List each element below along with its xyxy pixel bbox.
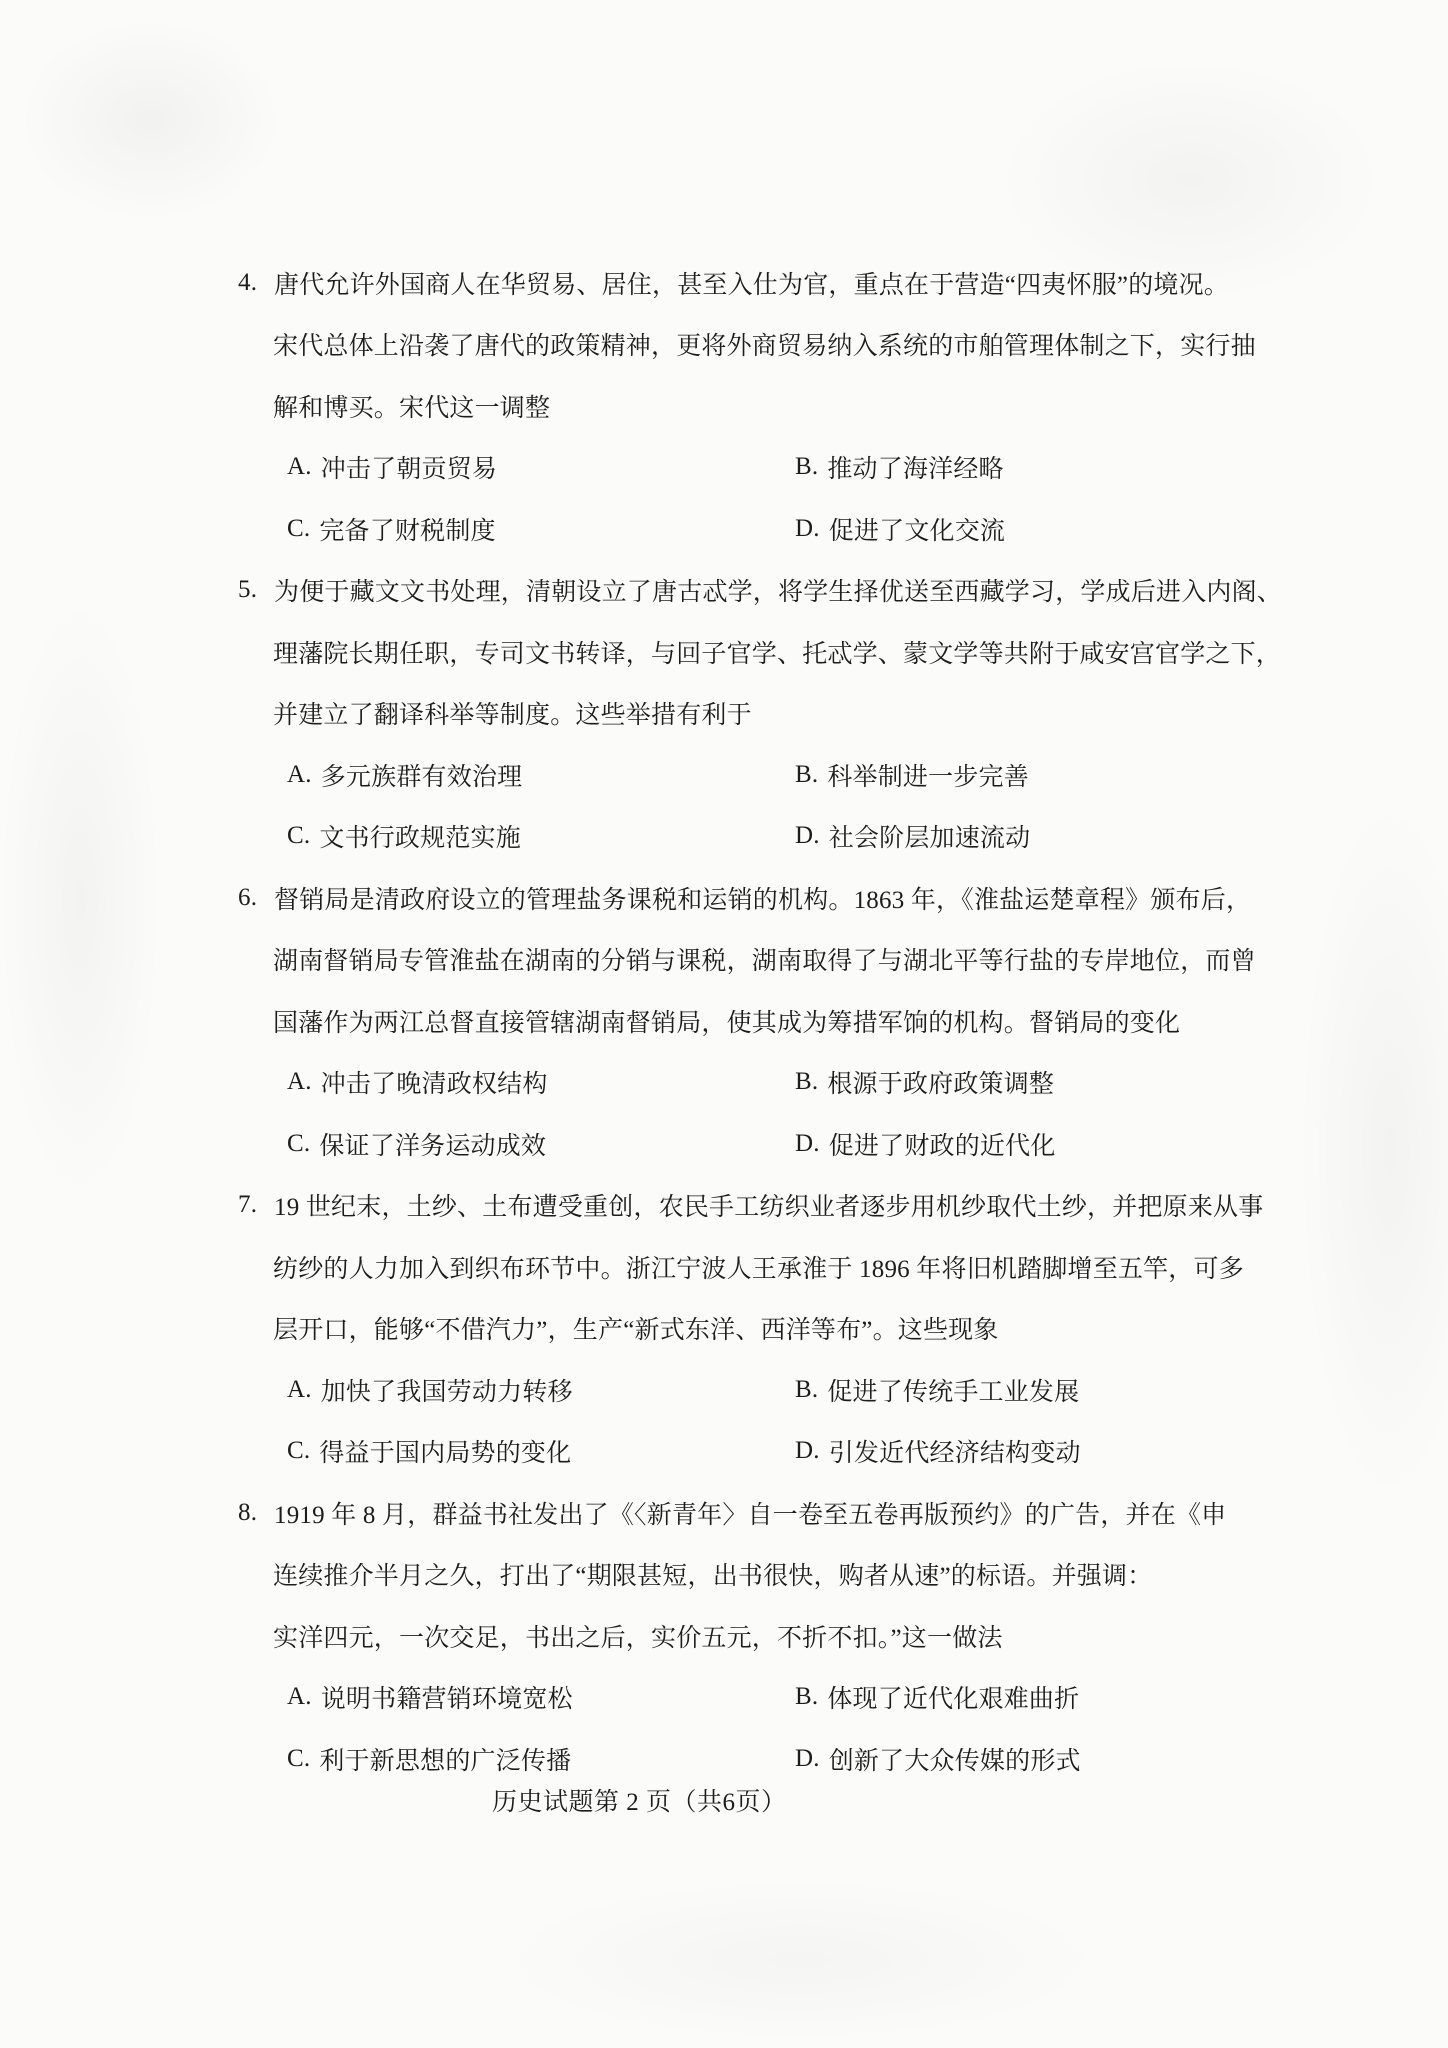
question-7-option-c: C. 得益于国内局势的变化	[287, 1433, 795, 1469]
option-label: C.	[287, 515, 310, 543]
question-6-option-d: D. 促进了财政的近代化	[795, 1126, 1056, 1162]
question-6-line-2: 湖南督销局专管淮盐在湖南的分销与课税，湖南取得了与湖北平等行盐的专岸地位，而曾	[0, 929, 1448, 991]
question-8-options-ab: A. 说明书籍营销环境宽松 B. 体现了近代化艰难曲折	[0, 1667, 1448, 1729]
question-8-line-3: 实洋四元，一次交足，书出之后，实价五元，不折不扣。”这一做法	[0, 1605, 1448, 1667]
option-text: 社会阶层加速流动	[829, 818, 1031, 854]
question-5-line-2: 理藩院长期任职，专司文书转译，与回子官学、托忒学、蒙文学等共附于咸安宫官学之下，	[0, 621, 1448, 683]
option-label: D.	[795, 515, 820, 543]
question-6-option-c: C. 保证了洋务运动成效	[287, 1126, 795, 1162]
question-5-options-ab: A. 多元族群有效治理 B. 科举制进一步完善	[0, 744, 1448, 806]
option-text: 创新了大众传媒的形式	[829, 1741, 1081, 1777]
question-7-option-b: B. 促进了传统手工业发展	[795, 1372, 1079, 1408]
question-5-option-b: B. 科举制进一步完善	[795, 757, 1029, 793]
question-4-text: 唐代允许外国商人在华贸易、居住，甚至入仕为官，重点在于营造“四夷怀服”的境况。	[274, 265, 1229, 301]
question-4-number: 4.	[238, 269, 274, 297]
question-4-option-a: A. 冲击了朝贡贸易	[287, 449, 795, 485]
page-footer-text: 历史试题第 2 页（共6页）	[492, 1782, 787, 1822]
option-text: 加快了我国劳动力转移	[321, 1372, 573, 1408]
option-text: 引发近代经济结构变动	[829, 1433, 1081, 1469]
option-label: D.	[795, 1745, 820, 1773]
option-text: 完备了财税制度	[319, 511, 495, 547]
question-7-line-2: 纺纱的人力加入到织布环节中。浙江宁波人王承淮于 1896 年将旧机踏脚增至五竿，…	[0, 1236, 1448, 1298]
question-8-option-b: B. 体现了近代化艰难曲折	[795, 1679, 1079, 1715]
option-text: 促进了财政的近代化	[829, 1126, 1056, 1162]
option-text: 得益于国内局势的变化	[319, 1433, 571, 1469]
question-8-option-d: D. 创新了大众传媒的形式	[795, 1741, 1081, 1777]
option-label: D.	[795, 822, 820, 850]
option-label: A.	[287, 761, 312, 789]
question-8-option-c: C. 利于新思想的广泛传播	[287, 1741, 795, 1777]
question-4-line-1: 4. 唐代允许外国商人在华贸易、居住，甚至入仕为官，重点在于营造“四夷怀服”的境…	[0, 252, 1448, 314]
question-4-line-2: 宋代总体上沿袭了唐代的政策精神，更将外商贸易纳入系统的市舶管理体制之下，实行抽	[0, 314, 1448, 376]
question-6-option-b: B. 根源于政府政策调整	[795, 1064, 1054, 1100]
option-text: 文书行政规范实施	[319, 818, 521, 854]
question-7-options-ab: A. 加快了我国劳动力转移 B. 促进了传统手工业发展	[0, 1359, 1448, 1421]
option-label: C.	[287, 822, 310, 850]
option-text: 科举制进一步完善	[827, 757, 1029, 793]
scan-smudge	[20, 20, 280, 220]
option-label: B.	[795, 453, 818, 481]
option-label: A.	[287, 453, 312, 481]
question-7-line-1: 7. 19 世纪末，土纱、土布遭受重创，农民手工纺织业者逐步用机纱取代土纱，并把…	[0, 1175, 1448, 1237]
question-4-option-d: D. 促进了文化交流	[795, 511, 1005, 547]
option-label: D.	[795, 1130, 820, 1158]
option-label: A.	[287, 1376, 312, 1404]
option-text: 体现了近代化艰难曲折	[827, 1679, 1079, 1715]
option-label: A.	[287, 1683, 312, 1711]
question-6-options-cd: C. 保证了洋务运动成效 D. 促进了财政的近代化	[0, 1113, 1448, 1175]
page-footer: 历史试题第 2 页（共6页）	[0, 1782, 1448, 1822]
option-label: B.	[795, 761, 818, 789]
question-7-line-3: 层开口，能够“不借汽力”，生产“新式东洋、西洋等布”。这些现象	[0, 1298, 1448, 1360]
option-label: A.	[287, 1068, 312, 1096]
question-6-number: 6.	[238, 884, 274, 912]
question-5-option-d: D. 社会阶层加速流动	[795, 818, 1030, 854]
question-8-line-1: 8. 1919 年 8 月，群益书社发出了《〈新青年〉自一卷至五卷再版预约》的广…	[0, 1482, 1448, 1544]
question-4-option-b: B. 推动了海洋经略	[795, 449, 1004, 485]
option-text: 促进了传统手工业发展	[827, 1372, 1079, 1408]
scanned-exam-page: 4. 唐代允许外国商人在华贸易、居住，甚至入仕为官，重点在于营造“四夷怀服”的境…	[0, 0, 1448, 2048]
question-7-option-d: D. 引发近代经济结构变动	[795, 1433, 1081, 1469]
question-5-text: 为便于藏文文书处理，清朝设立了唐古忒学，将学生择优送至西藏学习，学成后进入内阁、	[274, 572, 1282, 608]
question-4-line-3: 解和博买。宋代这一调整	[0, 375, 1448, 437]
option-text: 说明书籍营销环境宽松	[321, 1679, 573, 1715]
question-5-number: 5.	[238, 576, 274, 604]
option-label: B.	[795, 1376, 818, 1404]
option-label: C.	[287, 1437, 310, 1465]
question-4-options-ab: A. 冲击了朝贡贸易 B. 推动了海洋经略	[0, 437, 1448, 499]
option-text: 促进了文化交流	[829, 511, 1005, 547]
question-8-text: 1919 年 8 月，群益书社发出了《〈新青年〉自一卷至五卷再版预约》的广告，并…	[274, 1495, 1226, 1531]
question-5-line-1: 5. 为便于藏文文书处理，清朝设立了唐古忒学，将学生择优送至西藏学习，学成后进入…	[0, 560, 1448, 622]
question-6-line-1: 6. 督销局是清政府设立的管理盐务课税和运销的机构。1863 年，《淮盐运楚章程…	[0, 867, 1448, 929]
question-5-line-3: 并建立了翻译科举等制度。这些举措有利于	[0, 683, 1448, 745]
question-8-option-a: A. 说明书籍营销环境宽松	[287, 1679, 795, 1715]
option-text: 多元族群有效治理	[321, 757, 523, 793]
question-7-number: 7.	[238, 1191, 274, 1219]
question-5-option-a: A. 多元族群有效治理	[287, 757, 795, 793]
question-8-number: 8.	[238, 1499, 274, 1527]
option-label: C.	[287, 1130, 310, 1158]
question-5-options-cd: C. 文书行政规范实施 D. 社会阶层加速流动	[0, 806, 1448, 868]
exam-content: 4. 唐代允许外国商人在华贸易、居住，甚至入仕为官，重点在于营造“四夷怀服”的境…	[0, 252, 1448, 1790]
question-6-text: 督销局是清政府设立的管理盐务课税和运销的机构。1863 年，《淮盐运楚章程》颁布…	[274, 880, 1251, 916]
question-4-option-c: C. 完备了财税制度	[287, 511, 795, 547]
question-7-option-a: A. 加快了我国劳动力转移	[287, 1372, 795, 1408]
option-label: B.	[795, 1068, 818, 1096]
scan-smudge	[500, 1880, 1100, 2040]
option-label: D.	[795, 1437, 820, 1465]
question-6-option-a: A. 冲击了晚清政权结构	[287, 1064, 795, 1100]
question-6-line-3: 国藩作为两江总督直接管辖湖南督销局，使其成为筹措军饷的机构。督销局的变化	[0, 990, 1448, 1052]
question-5-option-c: C. 文书行政规范实施	[287, 818, 795, 854]
option-text: 利于新思想的广泛传播	[319, 1741, 571, 1777]
question-6-options-ab: A. 冲击了晚清政权结构 B. 根源于政府政策调整	[0, 1052, 1448, 1114]
option-text: 保证了洋务运动成效	[319, 1126, 546, 1162]
option-text: 推动了海洋经略	[827, 449, 1003, 485]
option-text: 冲击了朝贡贸易	[321, 449, 497, 485]
question-7-options-cd: C. 得益于国内局势的变化 D. 引发近代经济结构变动	[0, 1421, 1448, 1483]
question-8-options-cd: C. 利于新思想的广泛传播 D. 创新了大众传媒的形式	[0, 1728, 1448, 1790]
question-7-text: 19 世纪末，土纱、土布遭受重创，农民手工纺织业者逐步用机纱取代土纱，并把原来从…	[274, 1187, 1263, 1223]
option-text: 冲击了晚清政权结构	[321, 1064, 548, 1100]
option-label: B.	[795, 1683, 818, 1711]
question-4-options-cd: C. 完备了财税制度 D. 促进了文化交流	[0, 498, 1448, 560]
option-text: 根源于政府政策调整	[827, 1064, 1054, 1100]
question-8-line-2: 连续推介半月之久，打出了“期限甚短，出书很快，购者从速”的标语。并强调：	[0, 1544, 1448, 1606]
option-label: C.	[287, 1745, 310, 1773]
